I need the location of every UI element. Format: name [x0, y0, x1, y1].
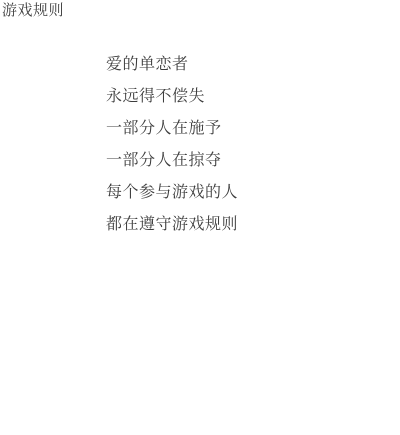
- poem-line: 每个参与游戏的人: [106, 177, 238, 209]
- poem-line: 一部分人在掠夺: [106, 145, 238, 177]
- poem-page: 游戏规则 爱的单恋者 永远得不偿失 一部分人在施予 一部分人在掠夺 每个参与游戏…: [0, 0, 400, 435]
- poem-line: 都在遵守游戏规则: [106, 209, 238, 241]
- poem-line: 永远得不偿失: [106, 81, 238, 113]
- poem-body: 爱的单恋者 永远得不偿失 一部分人在施予 一部分人在掠夺 每个参与游戏的人 都在…: [106, 49, 238, 241]
- poem-line: 爱的单恋者: [106, 49, 238, 81]
- poem-line: 一部分人在施予: [106, 113, 238, 145]
- page-title: 游戏规则: [2, 2, 64, 20]
